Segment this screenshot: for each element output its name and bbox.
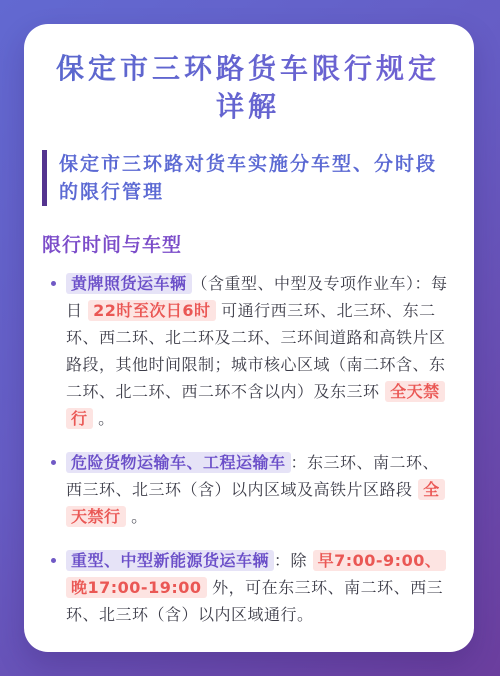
rule-text: 。 (93, 409, 115, 428)
subtitle-callout: 保定市三环路对货车实施分车型、分时段的限行管理 (42, 150, 442, 206)
rule-content: 黄牌照货运车辆（含重型、中型及专项作业车）：每日 22时至次日6时 可通行西三环… (66, 273, 448, 429)
section-heading: 限行时间与车型 (42, 230, 454, 257)
rule-item-new-energy-trucks: 重型、中型新能源货运车辆：除 早7:00-9:00、晚17:00-19:00 外… (50, 547, 454, 628)
bullet-dot-icon (51, 558, 56, 563)
page-title: 保定市三环路货车限行规定 详解 (42, 50, 454, 126)
rule-content: 重型、中型新能源货运车辆：除 早7:00-9:00、晚17:00-19:00 外… (66, 550, 446, 624)
rule-text: ：除 (274, 551, 313, 570)
rule-item-yellow-plate-trucks: 黄牌照货运车辆（含重型、中型及专项作业车）：每日 22时至次日6时 可通行西三环… (50, 270, 454, 432)
highlight-purple: 重型、中型新能源货运车辆 (66, 550, 274, 571)
rule-item-hazardous-engineering-trucks: 危险货物运输车、工程运输车：东三环、南二环、西三环、北三环（含）以内区域及高铁片… (50, 449, 454, 530)
page-title-line2: 详解 (42, 88, 454, 126)
highlight-purple: 危险货物运输车、工程运输车 (66, 452, 291, 473)
content-card: 保定市三环路货车限行规定 详解 保定市三环路对货车实施分车型、分时段的限行管理 … (24, 24, 474, 652)
rule-text: 。 (126, 507, 148, 526)
rules-list: 黄牌照货运车辆（含重型、中型及专项作业车）：每日 22时至次日6时 可通行西三环… (42, 270, 454, 628)
highlight-purple: 黄牌照货运车辆 (66, 273, 192, 294)
bullet-dot-icon (51, 281, 56, 286)
page-title-line1: 保定市三环路货车限行规定 (42, 50, 454, 88)
bullet-dot-icon (51, 460, 56, 465)
highlight-red: 22时至次日6时 (88, 300, 215, 321)
rule-content: 危险货物运输车、工程运输车：东三环、南二环、西三环、北三环（含）以内区域及高铁片… (66, 452, 445, 527)
